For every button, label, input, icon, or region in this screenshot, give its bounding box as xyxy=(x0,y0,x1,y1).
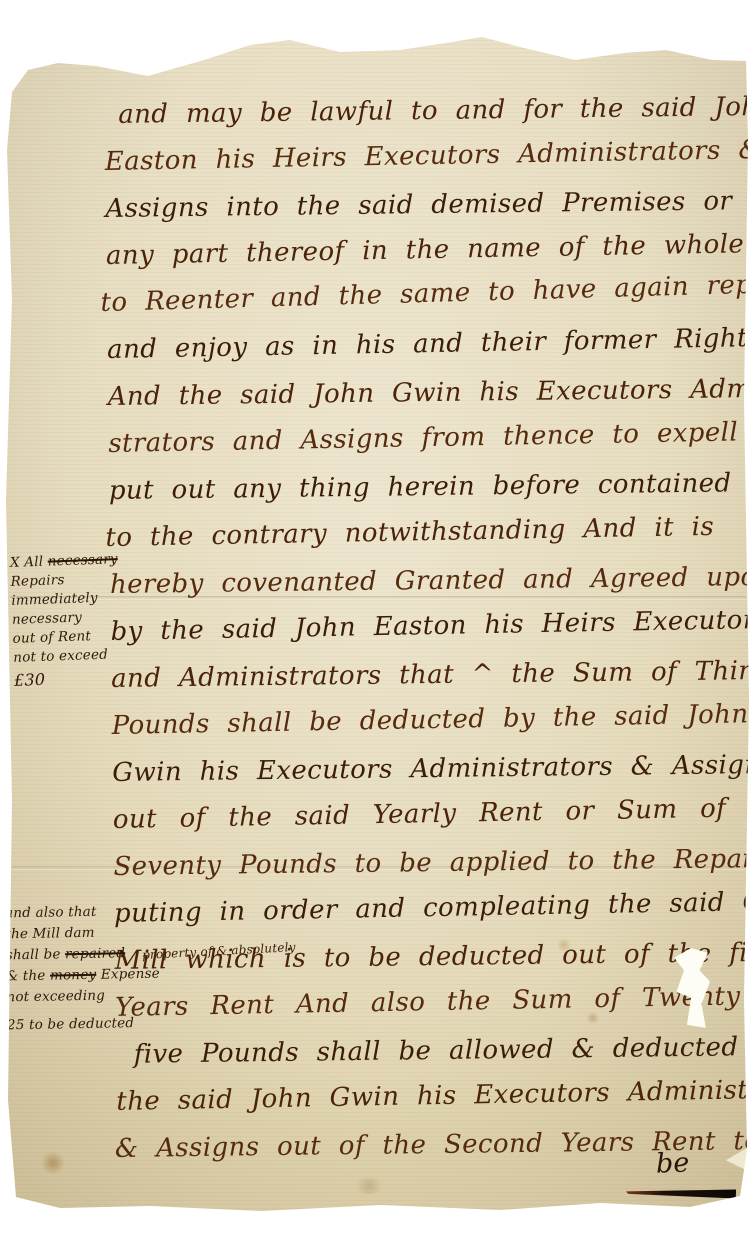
ink-stroke xyxy=(626,1186,736,1198)
margin-text: not exceeding xyxy=(6,988,105,1006)
photo-background: and may be lawful to and for the said Jo… xyxy=(0,0,754,1237)
margin-text: Expense xyxy=(96,966,160,983)
margin-text: shall be xyxy=(6,946,66,963)
margin-text: not to exceed xyxy=(13,647,108,666)
manuscript-body: and may be lawful to and for the said Jo… xyxy=(104,84,754,1173)
margin-text: 25 to be deducted xyxy=(7,1015,134,1033)
struck-text: money xyxy=(50,967,97,984)
manuscript-paper: and may be lawful to and for the said Jo… xyxy=(0,0,754,1237)
margin-note-line: £30 xyxy=(14,667,122,690)
margin-text: necessary xyxy=(12,609,83,627)
margin-note-line: not to exceed xyxy=(13,645,121,668)
margin-text: Repairs xyxy=(10,572,64,590)
catchword: be xyxy=(655,1147,689,1179)
margin-text: out of Rent xyxy=(12,628,91,647)
margin-text: & the xyxy=(6,968,50,985)
struck-text: repaired xyxy=(65,945,125,962)
margin-note-line: and also that xyxy=(5,901,159,925)
margin-text: immediately xyxy=(11,590,98,609)
margin-note-milldam: and also that the Mill dam shall be repa… xyxy=(5,901,161,1037)
margin-note-line: shall be repaired xyxy=(6,943,160,967)
paper-stain xyxy=(352,1178,386,1194)
margin-note-line: not exceeding xyxy=(6,985,160,1009)
margin-text: and also that xyxy=(5,904,97,922)
margin-text: X All xyxy=(10,554,48,571)
margin-note-line: X All necessary xyxy=(10,550,118,573)
margin-note-line: 25 to be deducted xyxy=(7,1013,161,1037)
margin-note-line: the Mill dam xyxy=(5,922,159,946)
margin-text: £30 xyxy=(14,670,46,690)
margin-note-line: & the money Expense xyxy=(6,964,160,988)
margin-text: the Mill dam xyxy=(5,925,95,943)
paper-stain xyxy=(40,1152,66,1174)
margin-note-repairs: X All necessary Repairs immediately nece… xyxy=(10,550,122,690)
struck-text: necessary xyxy=(47,551,118,569)
